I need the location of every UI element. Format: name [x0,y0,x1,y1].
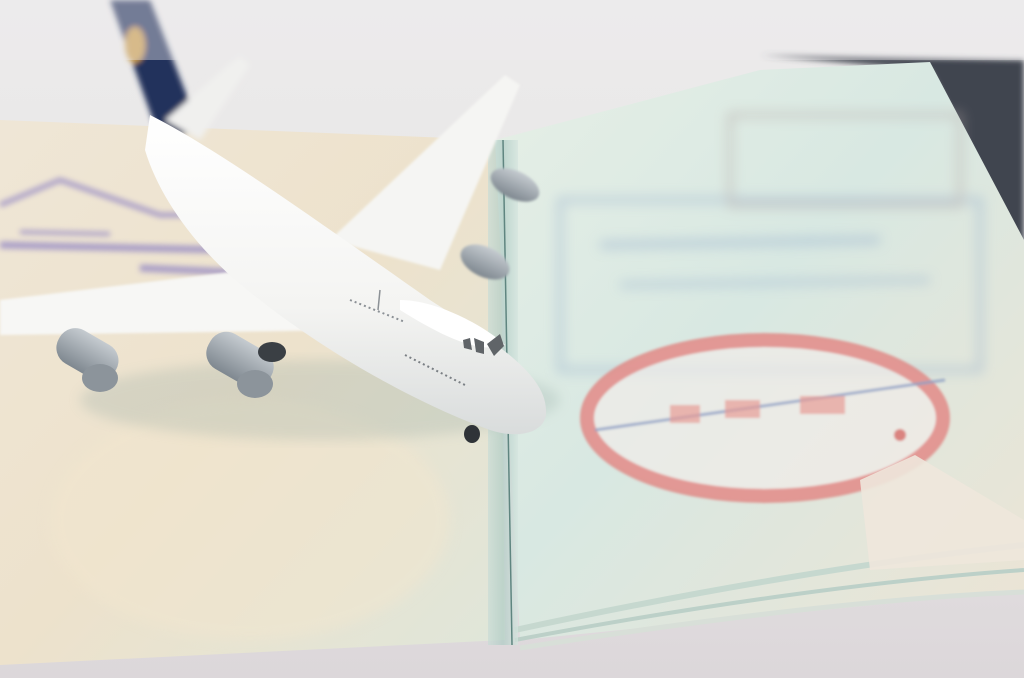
background-surface [0,0,1024,60]
photo-scene [0,0,1024,678]
scene-illustration [0,0,1024,678]
